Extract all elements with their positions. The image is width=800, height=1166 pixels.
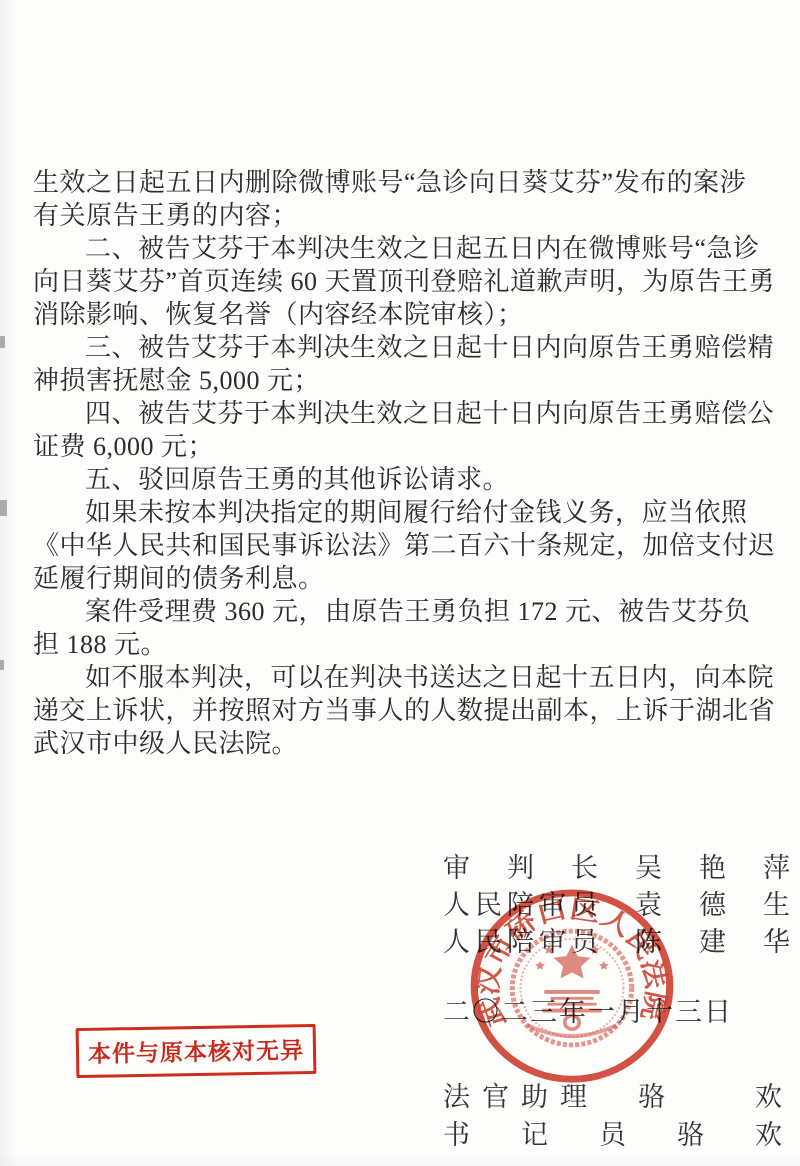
judgment-body-text: 生效之日起五日内删除微博账号“急诊向日葵艾芬”发布的案涉有关原告王勇的内容；二、… xyxy=(33,166,769,760)
judge-signature-line: 人民陪审员 陈 建 华 xyxy=(443,924,795,961)
judgment-text-line: 递交上诉状，并按照对方当事人的人数提出副本，上诉于湖北省 xyxy=(33,694,769,727)
judgment-text-line: 消除影响、恢复名誉（内容经本院审核）； xyxy=(33,298,769,331)
staff-signature-line: 书 记 员 骆 欢 xyxy=(443,1116,794,1154)
signature-block: 审 判 长 吴 艳 萍人民陪审员 袁 德 生人民陪审员 陈 建 华 xyxy=(443,850,795,961)
scan-artifact xyxy=(0,660,4,670)
scan-artifact xyxy=(0,336,5,348)
judgment-text-line: 五、驳回原告王勇的其他诉讼请求。 xyxy=(33,463,769,496)
judgment-text-line: 二、被告艾芬于本判决生效之日起五日内在微博账号“急诊 xyxy=(33,232,769,265)
judgment-document-page: { "colors": { "paper": "#fdfdfc", "ink":… xyxy=(0,0,800,1166)
judgment-text-line: 向日葵艾芬”首页连续 60 天置顶刊登赔礼道歉声明，为原告王勇 xyxy=(33,265,769,298)
judgment-text-line: 案件受理费 360 元，由原告王勇负担 172 元、被告艾芬负 xyxy=(33,595,769,628)
judge-signature-line: 审 判 长 吴 艳 萍 xyxy=(443,850,795,887)
scan-artifact xyxy=(0,500,7,516)
staff-signature-block: 法官助理 骆 欢书 记 员 骆 欢 xyxy=(443,1078,794,1154)
judge-signature-line: 人民陪审员 袁 德 生 xyxy=(443,887,795,924)
judgment-text-line: 生效之日起五日内删除微博账号“急诊向日葵艾芬”发布的案涉 xyxy=(33,166,769,199)
verification-stamp: 本件与原本核对无异 xyxy=(76,1024,317,1078)
judgment-text-line: 如果未按本判决指定的期间履行给付金钱义务，应当依照 xyxy=(33,496,769,529)
judgment-text-line: 三、被告艾芬于本判决生效之日起十日内向原告王勇赔偿精 xyxy=(33,331,769,364)
judgment-text-line: 武汉市中级人民法院。 xyxy=(33,727,769,760)
judgment-text-line: 如不服本判决，可以在判决书送达之日起十五日内，向本院 xyxy=(33,661,769,694)
judgment-text-line: 有关原告王勇的内容； xyxy=(33,199,769,232)
judgment-text-line: 证费 6,000 元； xyxy=(33,430,769,463)
judgment-text-line: 延履行期间的债务利息。 xyxy=(33,562,769,595)
judgment-text-line: 神损害抚慰金 5,000 元； xyxy=(33,364,769,397)
judgment-text-line: 四、被告艾芬于本判决生效之日起十日内向原告王勇赔偿公 xyxy=(33,397,769,430)
judgment-date: 二〇二三年一月十三日 xyxy=(443,990,733,1029)
staff-signature-line: 法官助理 骆 欢 xyxy=(443,1078,794,1116)
judgment-text-line: 担 188 元。 xyxy=(33,628,769,661)
judgment-text-line: 《中华人民共和国民事诉讼法》第二百六十条规定，加倍支付迟 xyxy=(33,529,769,562)
